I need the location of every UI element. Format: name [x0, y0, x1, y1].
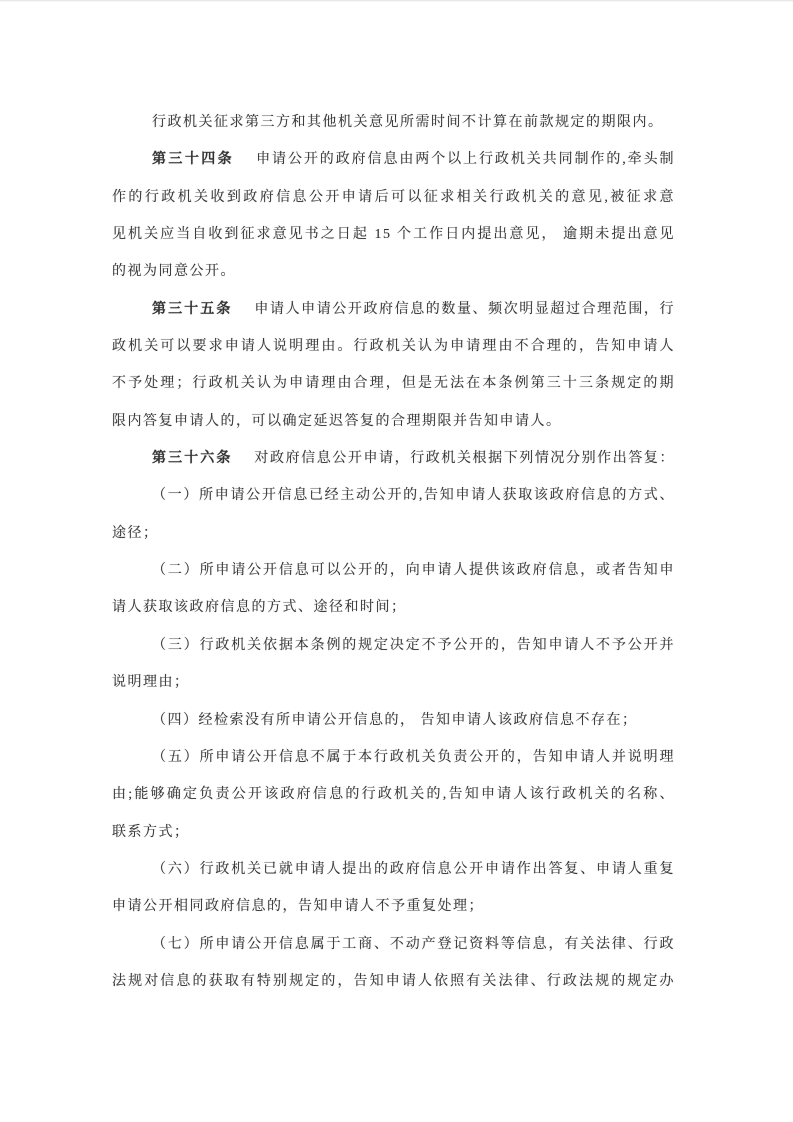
- text-line-article-36: 第三十六条对政府信息公开申请，行政机关根据下列情况分别作出答复：: [112, 440, 675, 477]
- text-line: 途径；: [112, 515, 675, 552]
- text-line: 作的行政机关收到政府信息公开申请后可以征求相关行政机关的意见,被征求意: [112, 179, 675, 216]
- text-line: 限内答复申请人的，可以确定延迟答复的合理期限并告知申请人。: [112, 403, 675, 440]
- text-line-item-1: （一）所申请公开信息已经主动公开的,告知申请人获取该政府信息的方式、: [112, 477, 675, 514]
- article-text: 申请公开的政府信息由两个以上行政机关共同制作的,牵头制: [256, 152, 675, 167]
- text-line: 行政机关征求第三方和其他机关意见所需时间不计算在前款规定的期限内。: [112, 104, 675, 141]
- text-line: 联系方式；: [112, 814, 675, 851]
- text-line-item-7: （七）所申请公开信息属于工商、不动产登记资料等信息，有关法律、行政: [112, 926, 675, 963]
- text-line: 不予处理；行政机关认为申请理由合理，但是无法在本条例第三十三条规定的期: [112, 365, 675, 402]
- article-number: 第三十五条: [152, 302, 232, 317]
- text-line: 法规对信息的获取有特别规定的，告知申请人依照有关法律、行政法规的规定办: [112, 963, 675, 1000]
- document-page: 行政机关征求第三方和其他机关意见所需时间不计算在前款规定的期限内。 第三十四条申…: [0, 0, 793, 1122]
- text-line: 请人获取该政府信息的方式、途径和时间；: [112, 589, 675, 626]
- scan-edge-artifact: [0, 0, 793, 2]
- article-number: 第三十四条: [152, 152, 234, 167]
- article-text: 对政府信息公开申请，行政机关根据下列情况分别作出答复：: [254, 451, 675, 466]
- text-line: 见机关应当自收到征求意见书之日起 15 个工作日内提出意见， 逾期未提出意见: [112, 216, 675, 253]
- text-line-article-34: 第三十四条申请公开的政府信息由两个以上行政机关共同制作的,牵头制: [112, 141, 675, 178]
- article-number: 第三十六条: [152, 451, 232, 466]
- text-line-item-3: （三）行政机关依据本条例的规定决定不予公开的，告知申请人不予公开并: [112, 627, 675, 664]
- text-line-article-35: 第三十五条申请人申请公开政府信息的数量、频次明显超过合理范围，行: [112, 291, 675, 328]
- text-block: 行政机关征求第三方和其他机关意见所需时间不计算在前款规定的期限内。 第三十四条申…: [112, 104, 675, 1000]
- article-text: 申请人申请公开政府信息的数量、频次明显超过合理范围，行: [254, 302, 675, 317]
- text-line-item-4: （四）经检索没有所申请公开信息的， 告知申请人该政府信息不存在；: [112, 702, 675, 739]
- text-line-item-5: （五）所申请公开信息不属于本行政机关负责公开的，告知申请人并说明理: [112, 739, 675, 776]
- text-line: 由;能够确定负责公开该政府信息的行政机关的,告知申请人该行政机关的名称、: [112, 776, 675, 813]
- text-line: 的视为同意公开。: [112, 253, 675, 290]
- text-line-item-6: （六）行政机关已就申请人提出的政府信息公开申请作出答复、申请人重复: [112, 851, 675, 888]
- text-line-item-2: （二）所申请公开信息可以公开的，向申请人提供该政府信息，或者告知申: [112, 552, 675, 589]
- text-line: 申请公开相同政府信息的，告知申请人不予重复处理；: [112, 888, 675, 925]
- text-line: 政机关可以要求申请人说明理由。行政机关认为申请理由不合理的，告知申请人: [112, 328, 675, 365]
- text-line: 说明理由；: [112, 664, 675, 701]
